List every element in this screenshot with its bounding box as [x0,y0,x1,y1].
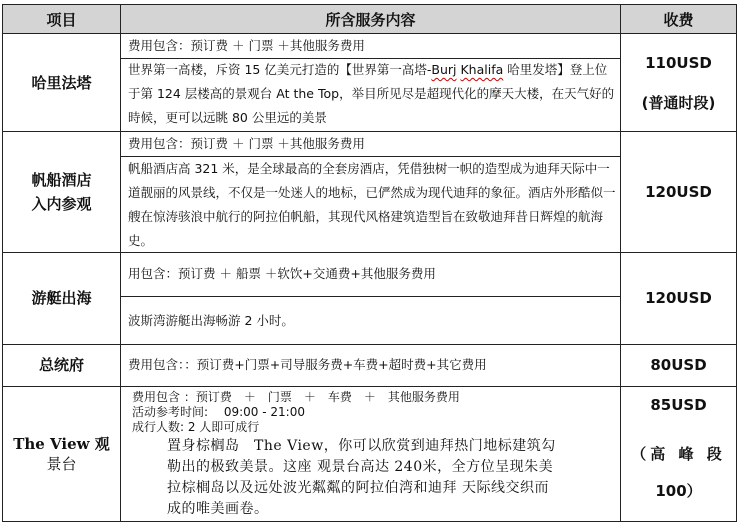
description-burj-al-arab: 帆船酒店高 321 米，是全球最高的全套房酒店，凭借独树一帜的造型成为迪拜天际中… [128,157,616,253]
column-divider [120,5,121,521]
price-presidential-palace: 80USD [621,344,736,386]
price-note: 100） [655,474,701,508]
cell-divider [120,296,620,297]
description-the-view: 置身棕榈岛 The View，你可以欣赏到迪拜热门地标建筑勾勒出的极致美景。这座… [167,436,562,520]
price-yacht: 120USD [621,252,736,344]
price-note: (普通时段) [642,83,716,123]
spellcheck-word: Burj [431,62,456,77]
description-yacht: 波斯湾游艇出海畅游 2 小时。 [128,309,616,333]
price-value: 110USD [645,43,712,83]
includes-burj-al-arab: 费用包含：预订费 ＋ 门票 ＋其他服务费用 [128,132,616,156]
item-name-burj-al-arab: 帆船酒店 入内参观 [3,131,120,252]
price-note: （高 峰 段 [631,434,725,474]
spellcheck-word: Khalifa [460,62,503,77]
header-item: 项目 [3,5,120,33]
item-name-burj-khalifa: 哈里法塔 [3,34,120,131]
includes-the-view: 费用包含 ：预订费 ＋ 门票 ＋ 车费 ＋ 其他服务费用 [132,390,620,405]
name-line: 帆船酒店 [31,168,91,192]
includes-yacht: 用包含：预订费 ＋ 船票 ＋软饮+交通费+其他服务费用 [128,262,616,286]
item-name-presidential-palace: 总统府 [3,344,120,386]
item-name-yacht: 游艇出海 [3,252,120,344]
pricing-table: 项目 所含服务内容 收费 哈里法塔 费用包含：预订费 ＋ 门票 ＋其他服务费用 … [2,4,737,522]
activity-time-the-view: 活动参考时间: 09:00 - 21:00 [132,405,620,420]
includes-burj-khalifa: 费用包含：预订费 ＋ 门票 ＋其他服务费用 [128,34,616,58]
header-content: 所含服务内容 [121,5,620,33]
name-line: 景台 [46,454,76,474]
group-size-the-view: 成行人数: 2 人即可成行 [132,420,620,435]
price-burj-al-arab: 120USD [621,131,736,252]
price-burj-khalifa: 110USD (普通时段) [621,34,736,131]
price-the-view: 85USD （高 峰 段 100） [621,386,736,521]
name-line: The View 观 [13,434,110,454]
item-name-the-view: The View 观 景台 [3,386,120,521]
header-price: 收费 [621,5,736,33]
price-value: 85USD [650,394,706,416]
name-line: 入内参观 [31,192,91,216]
includes-presidential-palace: 费用包含：：预订费+门票+司导服务费+车费+超时费+其它费用 [128,353,616,377]
desc-text: 世界第一高楼，斥资 15 亿美元打造的【世界第一高塔- [128,62,431,77]
description-burj-khalifa: 世界第一高楼，斥资 15 亿美元打造的【世界第一高塔-Burj Khalifa … [128,58,616,130]
